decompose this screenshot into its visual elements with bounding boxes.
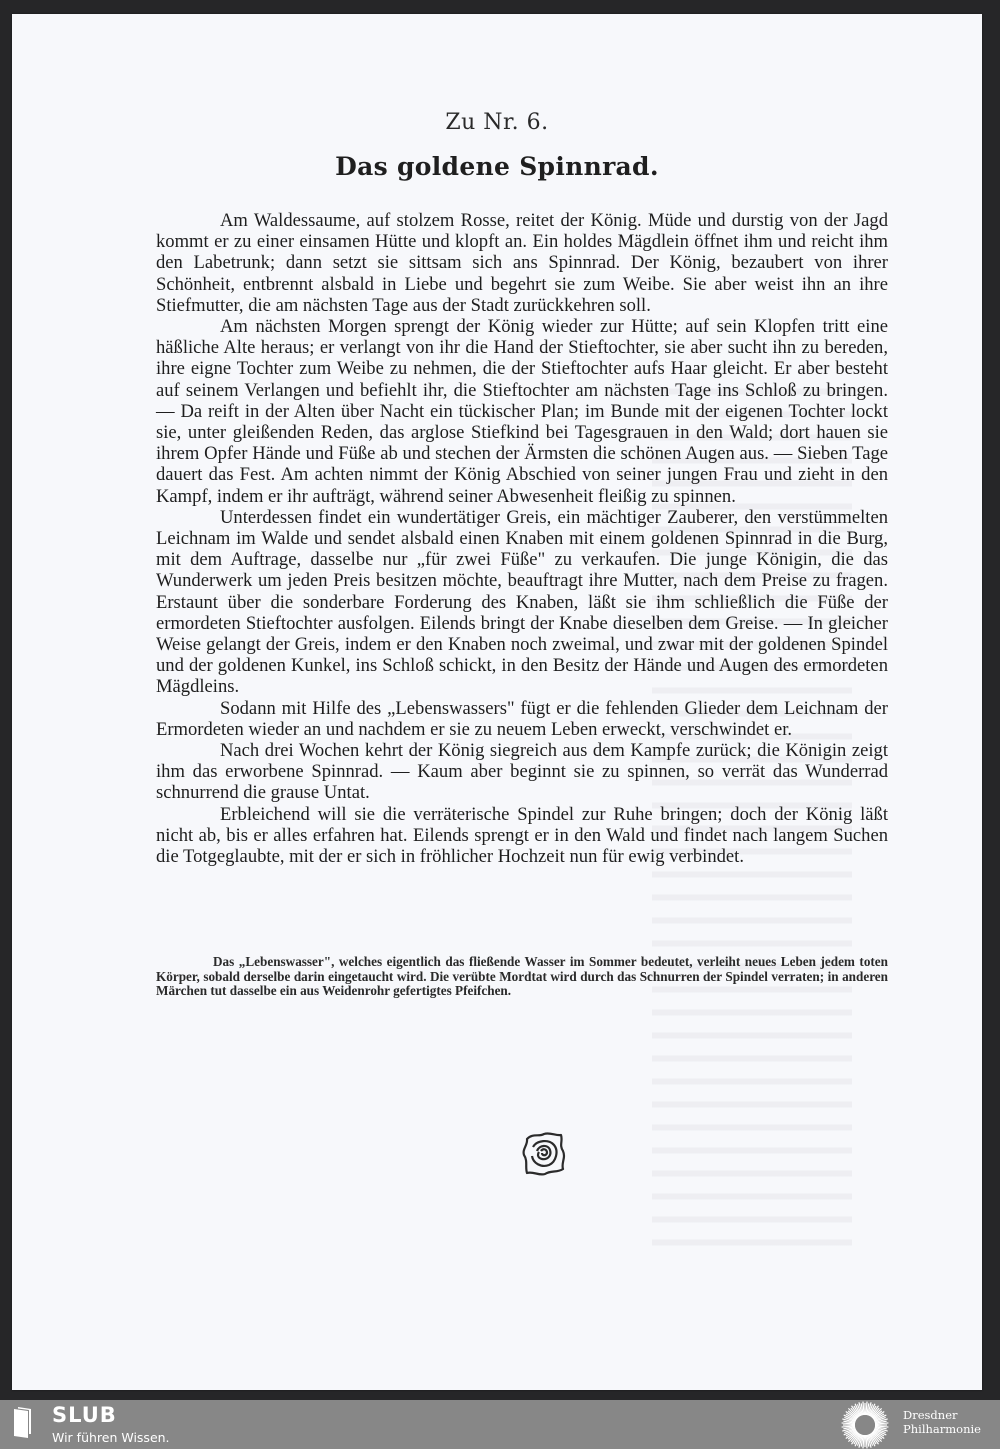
paragraph: Unterdessen findet ein wundertätiger Gre… [156, 507, 888, 698]
dresdner-philharmonie-sun-icon [840, 1401, 890, 1449]
philharmonie-name-line2: Philharmonie [903, 1422, 981, 1436]
footnote-text: Das „Lebenswasser", welches eigentlich d… [156, 955, 888, 999]
page-title: Das goldene Spinnrad. [12, 152, 982, 181]
slub-tagline: Wir führen Wissen. [52, 1430, 170, 1445]
paragraph: Erbleichend will sie die verräterische S… [156, 804, 888, 868]
paragraph: Am Waldessaume, auf stolzem Rosse, reite… [156, 210, 888, 316]
footer-bar: SLUB Wir führen Wissen. Dresdner Philhar… [0, 1400, 1000, 1449]
story-body: Am Waldessaume, auf stolzem Rosse, reite… [156, 210, 888, 867]
document-page: Zu Nr. 6. Das goldene Spinnrad. Am Walde… [12, 14, 982, 1390]
paragraph: Am nächsten Morgen sprengt der König wie… [156, 316, 888, 507]
slub-book-icon [12, 1406, 32, 1440]
rose-icon [519, 1129, 569, 1179]
philharmonie-name: Dresdner Philharmonie [903, 1408, 981, 1436]
philharmonie-name-line1: Dresdner [903, 1408, 981, 1422]
footnote: Das „Lebenswasser", welches eigentlich d… [156, 955, 888, 999]
paragraph: Nach drei Wochen kehrt der König siegrei… [156, 740, 888, 804]
section-label: Zu Nr. 6. [12, 110, 982, 135]
paragraph: Sodann mit Hilfe des „Lebenswassers" füg… [156, 698, 888, 740]
slub-name: SLUB [52, 1403, 117, 1427]
